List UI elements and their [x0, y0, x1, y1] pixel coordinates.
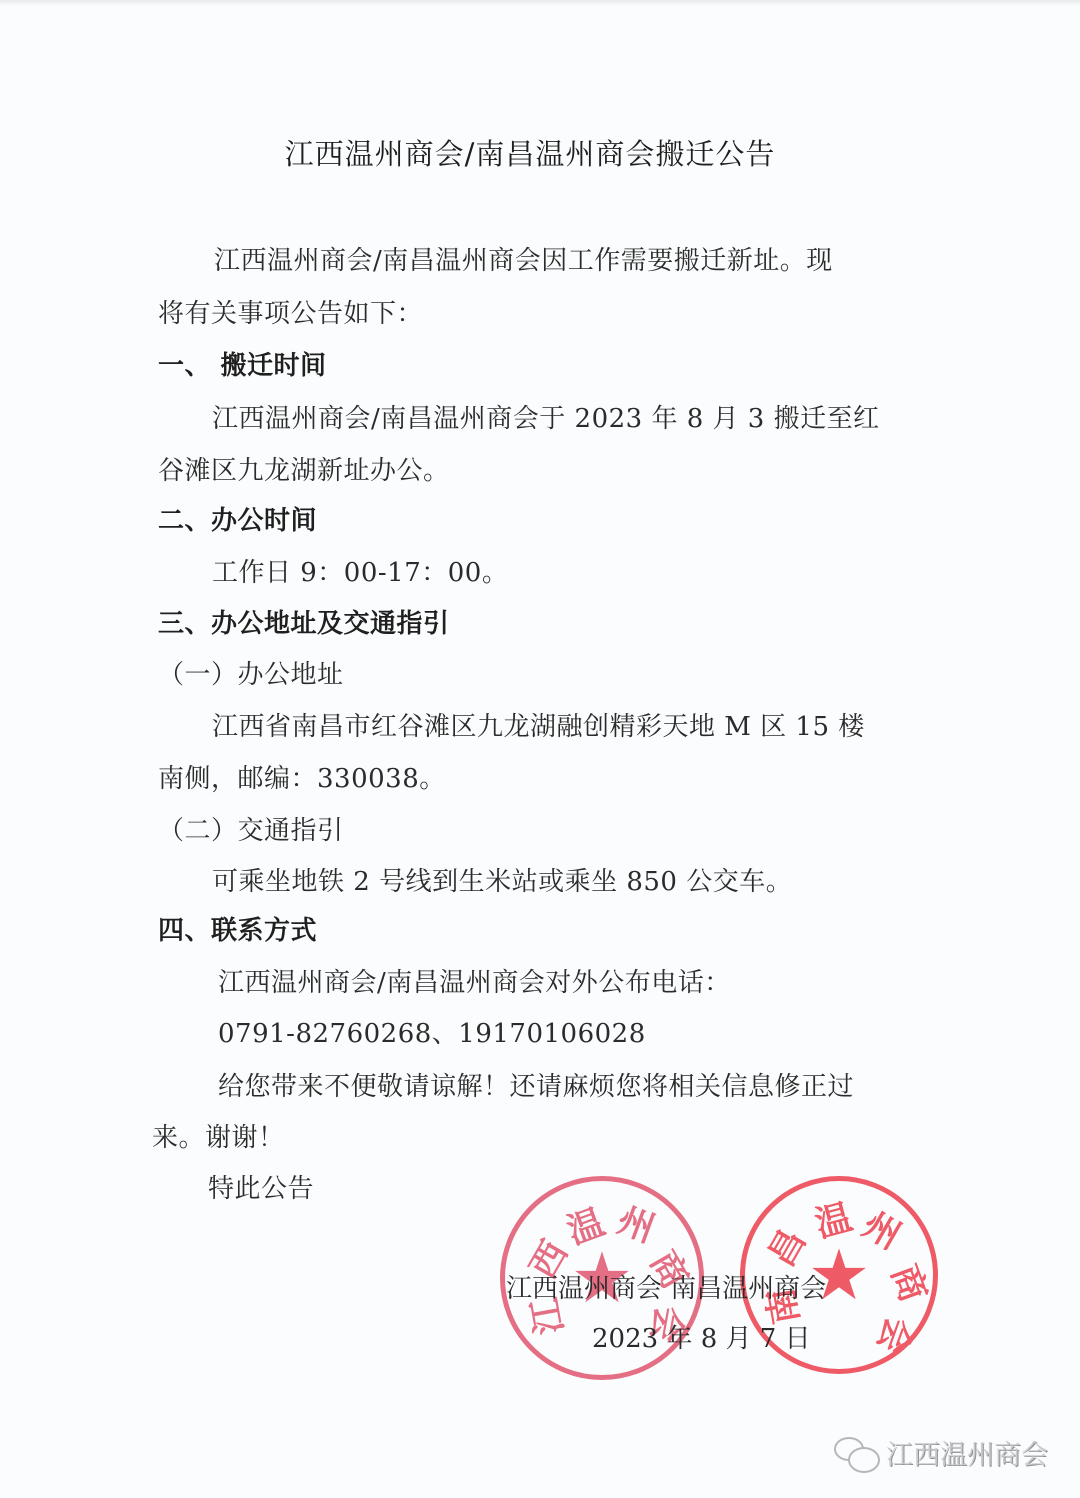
section-text: 工作日 9：00-17：00。 — [212, 552, 508, 589]
scan-page-edge — [0, 0, 1080, 6]
document-title: 江西温州商会/南昌温州商会搬迁公告 — [0, 132, 1060, 173]
subsection-heading-transport: （二）交通指引 — [158, 810, 344, 847]
section-text: 江西温州商会/南昌温州商会对外公布电话： — [218, 962, 731, 999]
section-heading-relocation-time: 一、 搬迁时间 — [158, 345, 327, 382]
closing-line-2: 来。谢谢！ — [152, 1117, 285, 1154]
section-text: 谷滩区九龙湖新址办公。 — [158, 450, 450, 487]
section-heading-contact: 四、联系方式 — [158, 910, 317, 947]
intro-line-1: 江西温州商会/南昌温州商会因工作需要搬迁新址。现 — [214, 240, 833, 277]
contact-phone-numbers: 0791-82760268、19170106028 — [218, 1013, 646, 1050]
section-text: 江西温州商会/南昌温州商会于 2023 年 8 月 3 搬迁至红 — [212, 398, 880, 435]
intro-line-2: 将有关事项公告如下： — [158, 293, 423, 330]
document-date: 2023 年 8 月 7 日 — [592, 1318, 811, 1355]
section-heading-address-transport: 三、办公地址及交通指引 — [158, 603, 450, 640]
wechat-watermark: 江西温州商会 — [834, 1433, 1048, 1472]
wechat-icon — [834, 1435, 880, 1471]
section-text: 江西省南昌市红谷滩区九龙湖融创精彩天地 M 区 15 楼 — [212, 706, 865, 743]
closing-line-1: 给您带来不便敬请谅解！还请麻烦您将相关信息修正过 — [218, 1066, 854, 1103]
sign-off: 特此公告 — [208, 1168, 314, 1205]
section-heading-office-hours: 二、办公时间 — [158, 500, 317, 537]
watermark-text: 江西温州商会 — [886, 1433, 1048, 1472]
section-text: 南侧，邮编：330038。 — [158, 758, 446, 795]
signatories: 江西温州商会 南昌温州商会 — [506, 1268, 826, 1305]
section-text: 可乘坐地铁 2 号线到生米站或乘坐 850 公交车。 — [212, 861, 792, 898]
subsection-heading-address: （一）办公地址 — [158, 654, 344, 691]
